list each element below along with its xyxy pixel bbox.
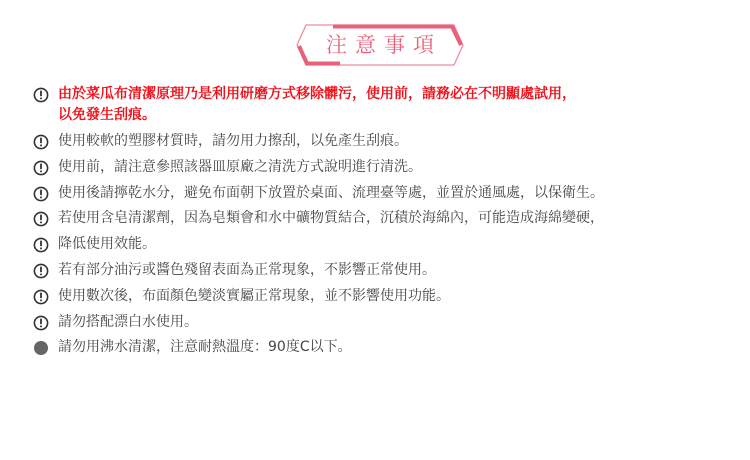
exclamation-circle-icon — [33, 134, 49, 150]
exclamation-circle-icon — [33, 211, 49, 227]
note-text: 由於菜瓜布清潔原理乃是利用研磨方式移除髒污，使用前，請務必在不明顯處試用， — [58, 86, 576, 102]
note-text: 使用後請擰乾水分，避免布面朝下放置於桌面、流理臺等處，並置於通風處，以保衛生。 — [58, 185, 604, 201]
note-item: 使用較軟的塑膠材質時，請勿用力擦刮，以免產生刮痕。 — [33, 129, 733, 155]
note-item: 若使用含皂清潔劑，因為皂類會和水中礦物質結合，沉積於海綿內，可能造成海綿變硬， — [33, 206, 733, 232]
exclamation-circle-icon — [33, 315, 49, 331]
exclamation-circle-icon — [33, 263, 49, 279]
note-item: 請勿搭配漂白水使用。 — [33, 310, 733, 336]
exclamation-circle-icon — [33, 160, 49, 176]
note-item: 使用後請擰乾水分，避免布面朝下放置於桌面、流理臺等處，並置於通風處，以保衛生。 — [33, 181, 733, 207]
note-text: 降低使用效能。 — [58, 236, 156, 252]
note-text: 使用數次後，布面顏色變淡實屬正常現象，並不影響使用功能。 — [58, 288, 450, 304]
note-text: 請勿搭配漂白水使用。 — [58, 314, 198, 330]
note-item: 降低使用效能。 — [33, 232, 733, 258]
note-item: 請勿用沸水清潔，注意耐熱溫度：90度C以下。 — [33, 335, 733, 361]
exclamation-circle-icon — [33, 237, 49, 253]
notes-list: 由於菜瓜布清潔原理乃是利用研磨方式移除髒污，使用前，請務必在不明顯處試用， 以免… — [33, 84, 733, 361]
note-item-warning: 由於菜瓜布清潔原理乃是利用研磨方式移除髒污，使用前，請務必在不明顯處試用， 以免… — [33, 84, 733, 126]
filled-circle-bullet-icon — [33, 340, 49, 356]
page-title: 注意事項 — [296, 24, 464, 66]
note-text: 若使用含皂清潔劑，因為皂類會和水中礦物質結合，沉積於海綿內，可能造成海綿變硬， — [58, 210, 604, 226]
note-item: 若有部分油污或醬色殘留表面為正常現象，不影響正常使用。 — [33, 258, 733, 284]
title-banner: 注意事項 — [296, 24, 464, 66]
note-item: 使用數次後，布面顏色變淡實屬正常現象，並不影響使用功能。 — [33, 284, 733, 310]
note-text-continued: 以免發生刮痕。 — [58, 107, 156, 123]
exclamation-circle-icon — [33, 186, 49, 202]
note-text: 使用較軟的塑膠材質時，請勿用力擦刮，以免產生刮痕。 — [58, 133, 408, 149]
exclamation-circle-icon — [33, 87, 49, 103]
exclamation-circle-icon — [33, 289, 49, 305]
note-item: 使用前，請注意參照該器皿原廠之清洗方式說明進行清洗。 — [33, 155, 733, 181]
note-text: 若有部分油污或醬色殘留表面為正常現象，不影響正常使用。 — [58, 262, 436, 278]
note-text: 使用前，請注意參照該器皿原廠之清洗方式說明進行清洗。 — [58, 159, 422, 175]
note-text: 請勿用沸水清潔，注意耐熱溫度：90度C以下。 — [58, 339, 352, 355]
